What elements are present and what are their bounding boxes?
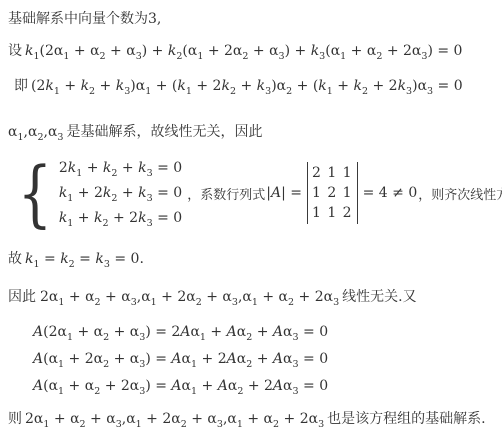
- expanded-equation: (2k1 + k2 + k3)α1 + (k1 + 2k2 + k3)α2 + …: [31, 78, 463, 94]
- expanded-prefix: 即: [14, 78, 28, 94]
- system-equation-3: k1 + k2 + 2k3 = 0: [59, 206, 182, 231]
- determinant-matrix: 2 1 1 1 2 1 1 1 2: [307, 162, 358, 224]
- verification-equation-3: A(α1 + α2 + 2α3) = Aα1 + Aα2 + 2Aα3 = 0: [33, 373, 498, 400]
- system-equation-2: k1 + 2k2 + k3 = 0: [59, 181, 182, 206]
- k-zero-equation: k1 = k2 = k3 = 0: [25, 251, 139, 267]
- independence-prefix: 因此: [8, 289, 36, 305]
- intro-line: 基础解系中向量个数为3,: [8, 9, 498, 30]
- basis-statement-text: 是基础解系，故线性无关，因此: [66, 124, 262, 140]
- determinant-row-2: 1 2 1: [312, 183, 353, 203]
- system-equation-1: 2k1 + k2 + k3 = 0: [59, 156, 182, 181]
- system-and-determinant-block: { 2k1 + k2 + k3 = 0 k1 + 2k2 + k3 = 0 k1…: [12, 155, 498, 231]
- math-solution-document: 基础解系中向量个数为3, 设k1(2α1 + α2 + α3) + k2(α1 …: [8, 9, 498, 430]
- final-conclusion-line: 则2α1 + α2 + α3,α1 + 2α2 + α3,α1 + α2 + 2…: [8, 409, 498, 430]
- assumption-line: 设k1(2α1 + α2 + α3) + k2(α1 + 2α2 + α3) +…: [8, 40, 498, 62]
- determinant-row-3: 1 1 2: [312, 203, 353, 223]
- independence-line: 因此2α1 + α2 + α3,α1 + 2α2 + α3,α1 + α2 + …: [8, 286, 498, 308]
- equation-system: 2k1 + k2 + k3 = 0 k1 + 2k2 + k3 = 0 k1 +…: [59, 156, 182, 231]
- independence-suffix: 线性无关.又: [342, 289, 416, 305]
- determinant-lhs: |A| =: [266, 185, 302, 201]
- conclusion-vectors: 2α1 + α2 + α3,α1 + 2α2 + α3,α1 + α2 + 2α…: [25, 411, 324, 427]
- k-zero-prefix: 故: [8, 251, 22, 267]
- conclusion-suffix: 也是该方程组的基础解系.: [327, 411, 485, 427]
- conclusion-prefix: 则: [8, 411, 22, 427]
- verification-equation-1: A(2α1 + α2 + α3) = 2Aα1 + Aα2 + Aα3 = 0: [33, 319, 498, 346]
- basis-vectors: α1,α2,α3: [8, 124, 63, 140]
- zero-solution-conclusion: ，则齐次线性方程组只有零解，: [418, 184, 502, 203]
- expanded-line: 即(2k1 + k2 + k3)α1 + (k1 + 2k2 + k3)α2 +…: [14, 75, 498, 97]
- independence-vectors: 2α1 + α2 + α3,α1 + 2α2 + α3,α1 + α2 + 2α…: [40, 289, 339, 305]
- assumption-equation: k1(2α1 + α2 + α3) + k2(α1 + 2α2 + α3) + …: [25, 43, 462, 59]
- left-brace: {: [18, 155, 52, 231]
- determinant-value: = 4 ≠ 0: [363, 185, 418, 201]
- verification-equation-2: A(α1 + 2α2 + α3) = Aα1 + 2Aα2 + Aα3 = 0: [33, 346, 498, 373]
- verification-equations: A(2α1 + α2 + α3) = 2Aα1 + Aα2 + Aα3 = 0 …: [33, 319, 498, 400]
- assumption-prefix: 设: [8, 43, 22, 59]
- determinant-row-1: 2 1 1: [312, 163, 353, 183]
- k-zero-period: .: [139, 251, 143, 267]
- document-page: { "page": { "background": "#ffffff", "te…: [0, 0, 502, 430]
- basis-statement-line: α1,α2,α3是基础解系，故线性无关，因此: [8, 121, 498, 143]
- determinant-label: ，系数行列式: [187, 184, 265, 203]
- k-zero-line: 故k1 = k2 = k3 = 0.: [8, 248, 498, 270]
